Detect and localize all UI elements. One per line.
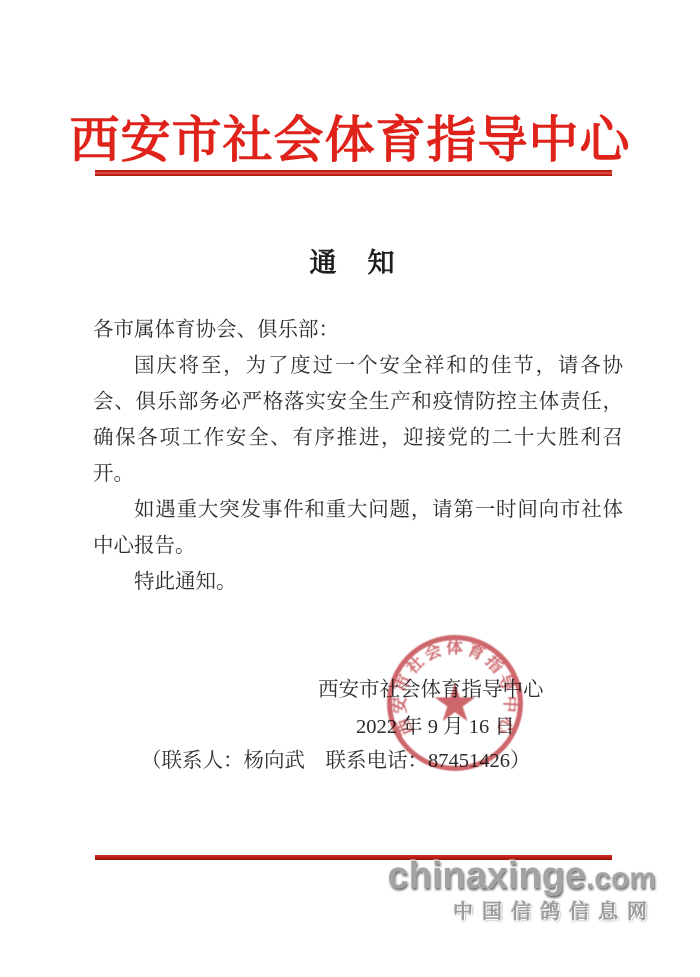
seal-star-icon <box>435 683 476 722</box>
letterhead-rule <box>95 170 612 176</box>
body-paragraph: 特此通知。 <box>93 564 623 600</box>
notice-body: 各市属体育协会、俱乐部： 国庆将至，为了度过一个安全祥和的佳节，请各协会、俱乐部… <box>93 312 623 600</box>
body-paragraph: 如遇重大突发事件和重大问题，请第一时间向市社体中心报告。 <box>93 492 623 564</box>
salutation-line: 各市属体育协会、俱乐部： <box>93 312 623 348</box>
scanned-notice-page: 西安市社会体育指导中心 通 知 各市属体育协会、俱乐部： 国庆将至，为了度过一个… <box>0 0 700 977</box>
watermark-tld: .com <box>586 862 656 895</box>
official-seal: 西安市社会体育指导中心 <box>384 632 526 774</box>
watermark-site-name-cn: 中国信鸽信息网 <box>387 902 656 922</box>
letterhead-org-title: 西安市社会体育指导中心 <box>0 100 700 172</box>
notice-title: 通 知 <box>0 241 700 280</box>
site-watermark: chinaxinge.com 中国信鸽信息网 <box>387 857 656 922</box>
body-paragraph: 国庆将至，为了度过一个安全祥和的佳节，请各协会、俱乐部务必严格落实安全生产和疫情… <box>93 348 623 492</box>
watermark-domain: chinaxinge.com <box>387 857 656 895</box>
